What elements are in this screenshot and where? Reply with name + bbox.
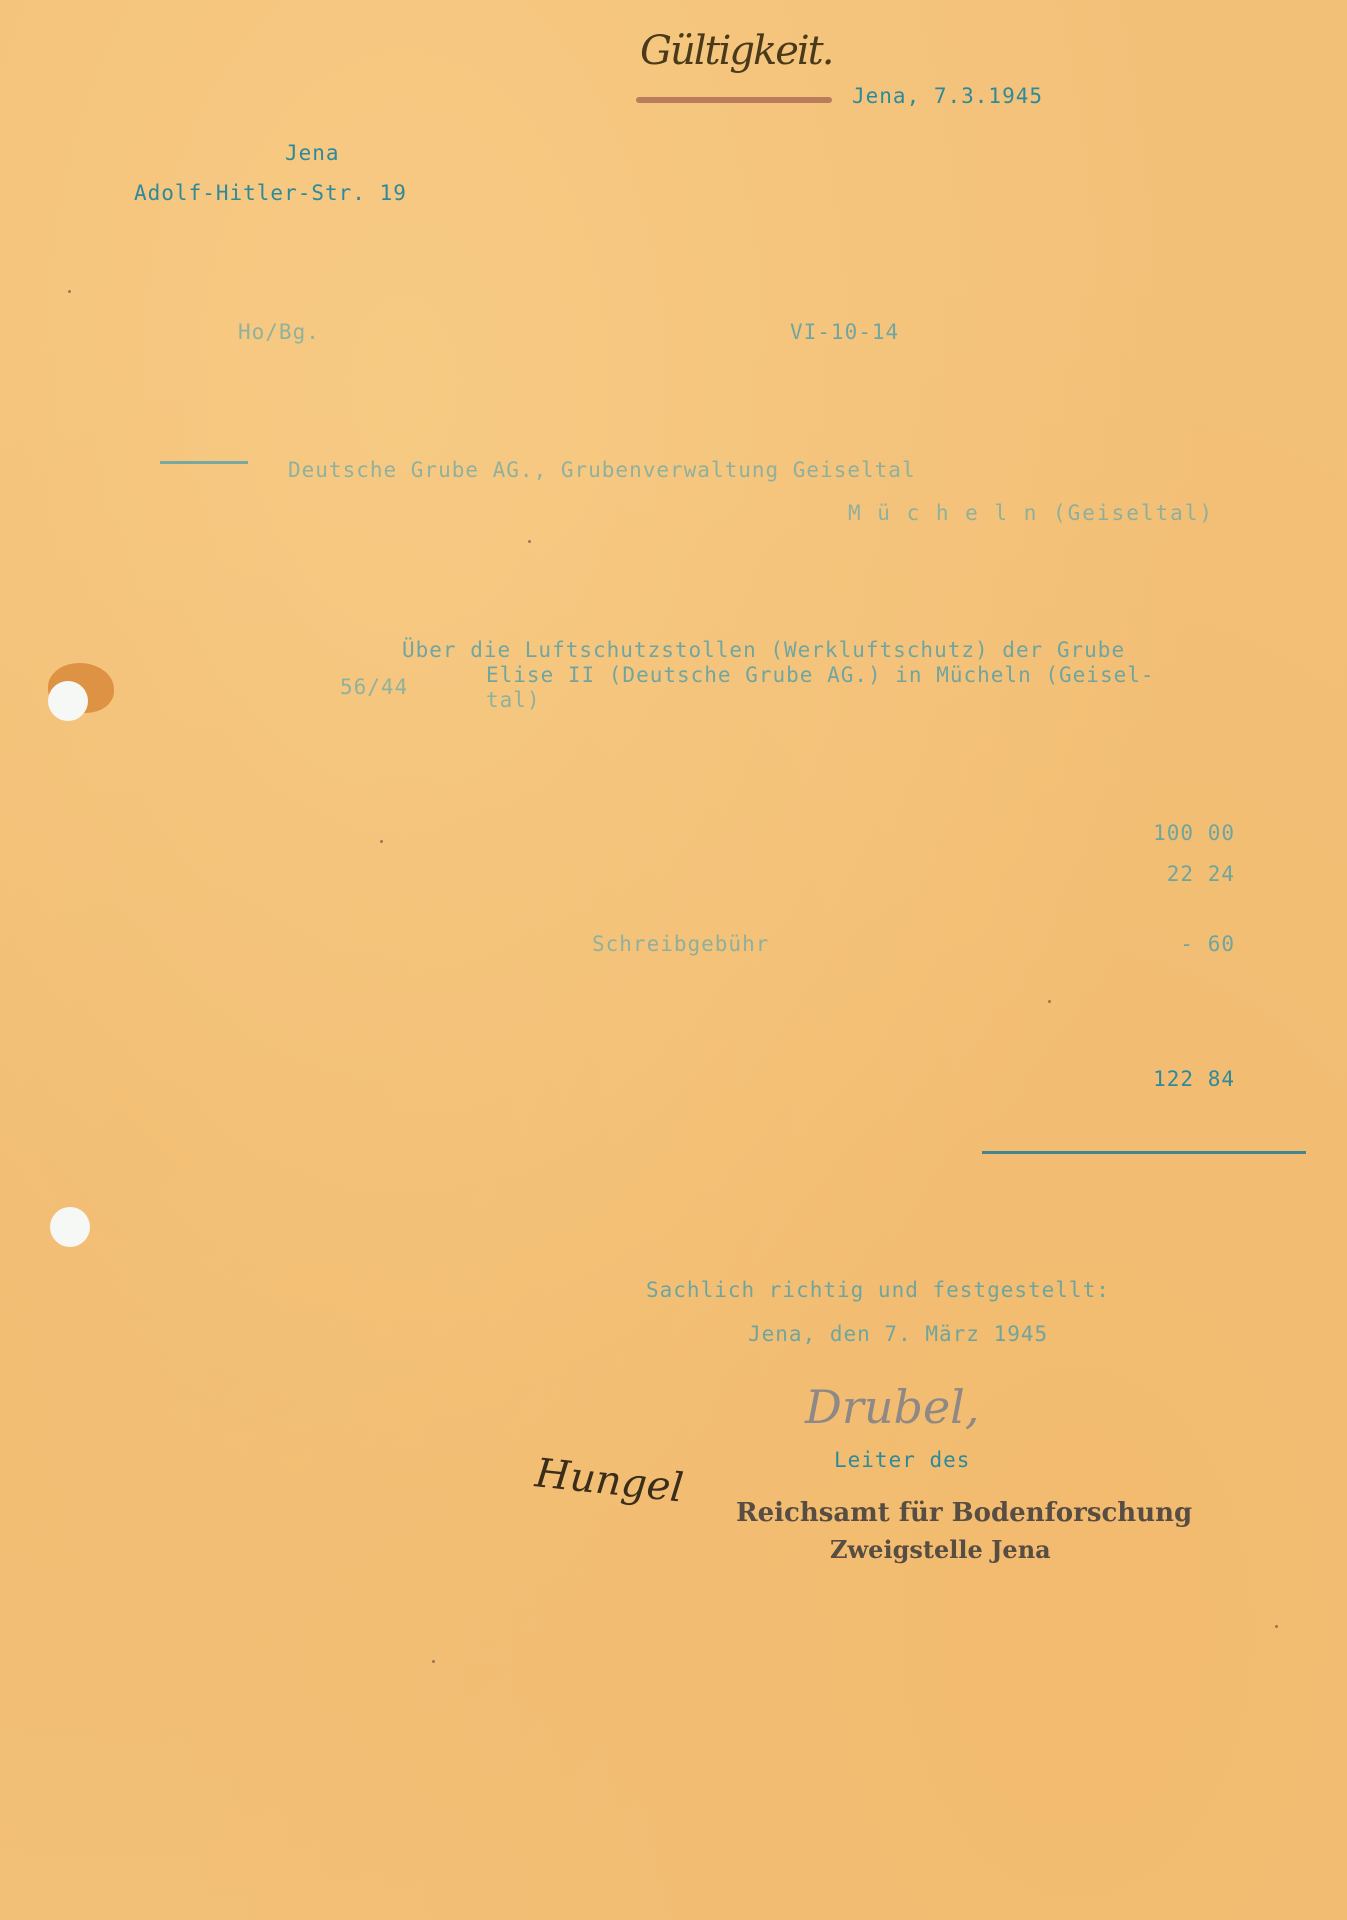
paper-speck (528, 540, 531, 543)
sender-street: Adolf-Hitler-Str. 19 (134, 183, 407, 204)
punch-hole-top (48, 681, 88, 721)
paper-speck (68, 290, 71, 293)
recipient-dash (160, 461, 248, 464)
paper-speck (1275, 1625, 1278, 1628)
amount-3: - 60 (1180, 934, 1235, 955)
title-line: Leiter des (834, 1450, 970, 1471)
signature-left: Hungel (533, 1450, 685, 1511)
brown-underline (636, 97, 832, 103)
total-rule (982, 1151, 1306, 1154)
signature-main: Drubel, (805, 1380, 980, 1434)
total-amount: 122 84 (1153, 1069, 1235, 1090)
stamp-line-2: Zweigstelle Jena (830, 1535, 1051, 1564)
stamp-line-1: Reichsamt für Bodenforschung (736, 1498, 1192, 1528)
place-date: Jena, 7.3.1945 (852, 86, 1043, 107)
handwritten-mark: Gültigkeit. (640, 28, 832, 74)
amount-1: 100 00 (1153, 823, 1235, 844)
recipient-name: Deutsche Grube AG., Grubenverwaltung Gei… (288, 460, 916, 481)
certification-line-2: Jena, den 7. März 1945 (748, 1324, 1048, 1345)
sender-city: Jena (285, 143, 340, 164)
subject-number: 56/44 (340, 677, 408, 698)
subject-line-3: tal) (486, 690, 541, 711)
paper-speck (380, 840, 383, 843)
amount-3-label: Schreibgebühr (592, 934, 769, 955)
subject-line-2: Elise II (Deutsche Grube AG.) in Mücheln… (486, 665, 1155, 686)
file-number: VI-10-14 (790, 322, 899, 343)
paper-speck (432, 1660, 435, 1663)
punch-hole-bottom (50, 1207, 90, 1247)
recipient-place: M ü c h e l n (Geiseltal) (848, 503, 1214, 524)
amount-2: 22 24 (1167, 864, 1235, 885)
paper-speck (1048, 1000, 1051, 1003)
certification-line-1: Sachlich richtig und festgestellt: (646, 1280, 1110, 1301)
subject-line-1: Über die Luftschutzstollen (Werkluftschu… (402, 640, 1125, 661)
reference-initials: Ho/Bg. (238, 322, 320, 343)
